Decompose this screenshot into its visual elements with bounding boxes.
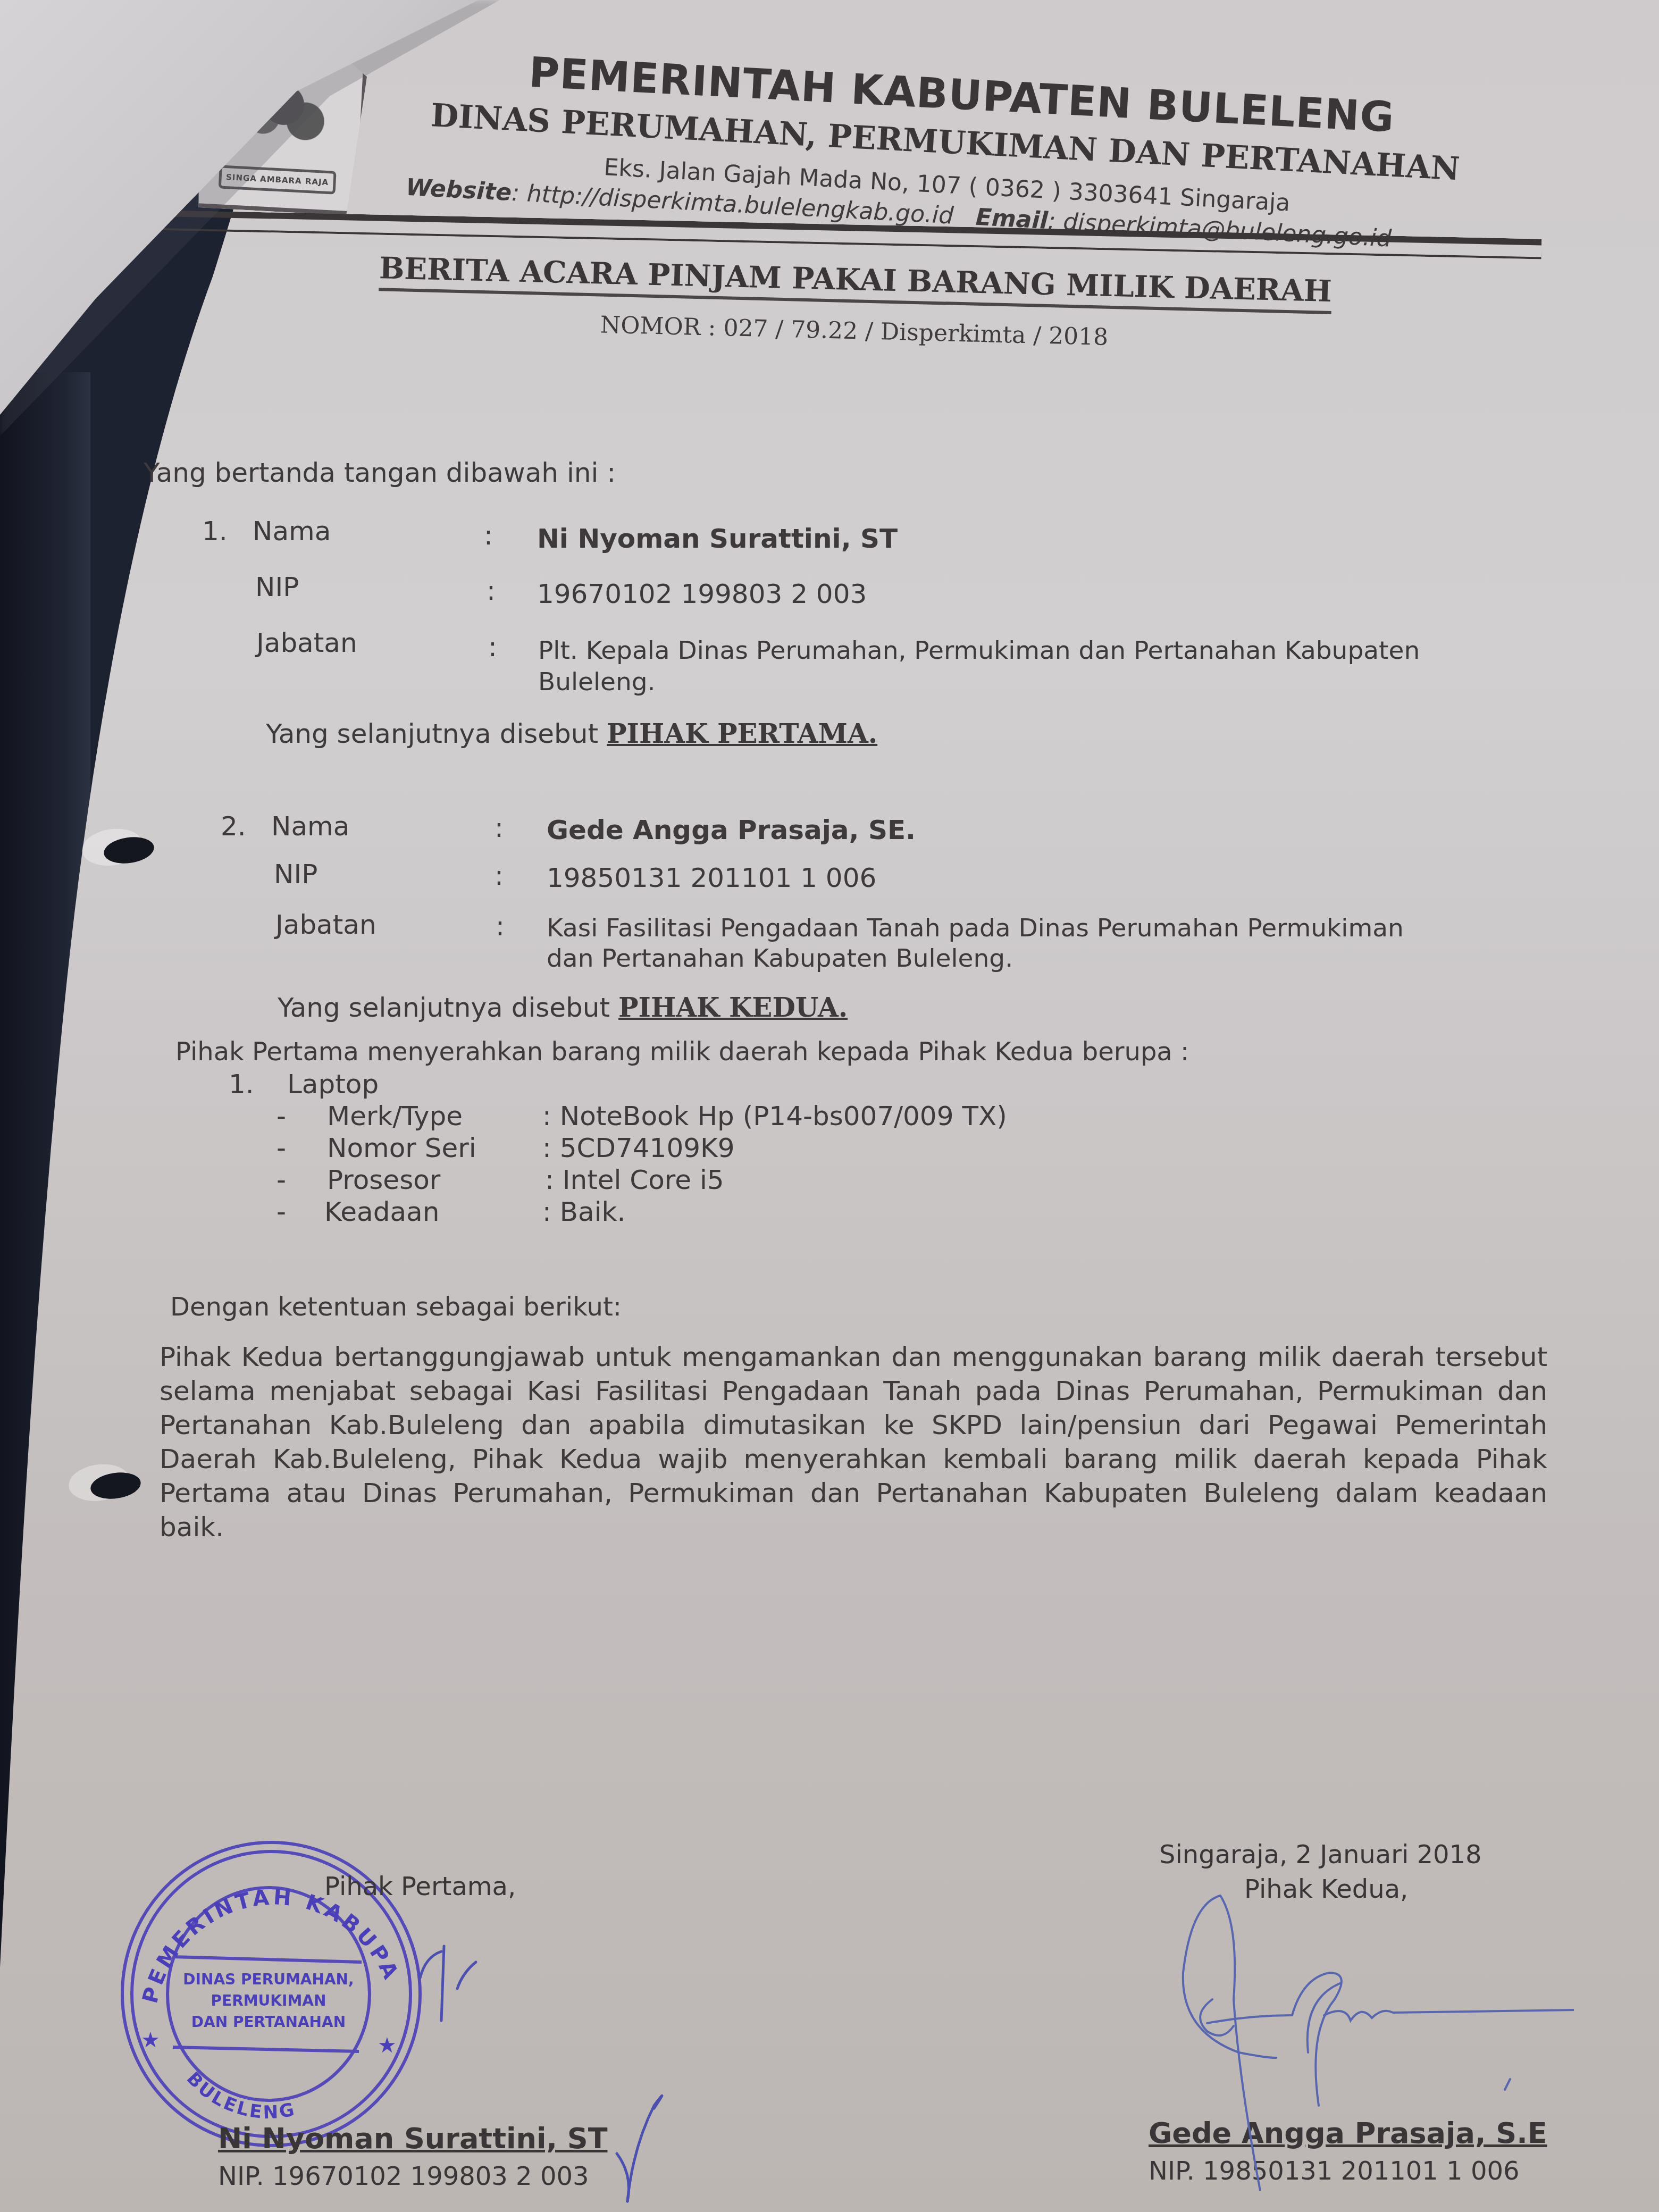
position-label: Jabatan <box>256 627 357 658</box>
place-date: Singaraja, 2 Januari 2018 <box>1159 1840 1482 1870</box>
position-label: Jabatan <box>275 909 376 940</box>
item-index: 1. <box>229 1069 254 1100</box>
spec-label: Nomor Seri <box>327 1133 476 1163</box>
party-nip: 19850131 201101 1 006 <box>547 862 876 893</box>
spec-bullet: - <box>276 1196 286 1227</box>
spec-value: : NoteBook Hp (P14-bs007/009 TX) <box>542 1101 1007 1132</box>
colon: : <box>495 860 504 891</box>
spec-bullet: - <box>276 1133 286 1163</box>
party-position-cont: Buleleng. <box>538 667 656 697</box>
second-party-signature <box>1170 1893 1574 2191</box>
colon: : <box>495 812 504 843</box>
colon: : <box>487 575 496 606</box>
nip-label: NIP <box>255 572 299 602</box>
designation: PIHAK KEDUA. <box>618 992 848 1023</box>
designation-line: Yang selanjutnya disebut PIHAK KEDUA. <box>278 992 848 1023</box>
spec-label: Keadaan <box>324 1196 439 1227</box>
terms-paragraph: Pihak Kedua bertanggungjawab untuk menga… <box>160 1340 1547 1544</box>
designation-prefix: Yang selanjutnya disebut <box>266 718 607 749</box>
website-label: Website <box>405 174 513 206</box>
star-icon: ★ <box>141 2028 160 2052</box>
designation: PIHAK PERTAMA. <box>607 718 877 749</box>
first-party-role: Pihak Pertama, <box>324 1872 516 1901</box>
stamp-center-3: DAN PERTANAHAN <box>191 2013 346 2031</box>
terms-heading: Dengan ketentuan sebagai berikut: <box>170 1292 622 1322</box>
party-name: Ni Nyoman Surattini, ST <box>537 523 898 554</box>
colon: : <box>496 911 505 942</box>
spec-value: : 5CD74109K9 <box>542 1133 735 1163</box>
spec-label: Prosesor <box>327 1164 440 1195</box>
spec-bullet: - <box>276 1101 286 1132</box>
spec-bullet: - <box>276 1164 286 1195</box>
handover-intro: Pihak Pertama menyerahkan barang milik d… <box>175 1037 1189 1067</box>
item-name: Laptop <box>287 1069 379 1100</box>
party-position: Plt. Kepala Dinas Perumahan, Permukiman … <box>538 636 1420 665</box>
colon: : <box>488 632 497 663</box>
party-position-cont: dan Pertanahan Kabupaten Buleleng. <box>547 944 1013 973</box>
designation-prefix: Yang selanjutnya disebut <box>278 992 618 1023</box>
colon: : <box>484 520 493 551</box>
designation-line: Yang selanjutnya disebut PIHAK PERTAMA. <box>266 718 877 749</box>
party-name: Gede Angga Prasaja, SE. <box>547 815 916 845</box>
spec-value: : Intel Core i5 <box>545 1164 724 1195</box>
name-label: Nama <box>271 811 349 842</box>
party-position: Kasi Fasilitasi Pengadaan Tanah pada Din… <box>547 914 1404 943</box>
spec-value: : Baik. <box>542 1196 625 1227</box>
nip-label: NIP <box>274 859 317 890</box>
party-nip: 19670102 199803 2 003 <box>537 579 867 609</box>
intro-text: Yang bertanda tangan dibawah ini : <box>144 457 616 488</box>
stamp-center-2: PERMUKIMAN <box>211 1992 326 2009</box>
stamp-center-1: DINAS PERUMAHAN, <box>183 1971 354 1988</box>
name-label: Nama <box>253 516 331 547</box>
party-index: 1. <box>202 516 228 547</box>
spec-label: Merk/Type <box>327 1101 463 1132</box>
first-party-signature <box>404 1925 670 2212</box>
star-icon: ★ <box>378 2033 397 2058</box>
party-index: 2. <box>221 811 246 842</box>
